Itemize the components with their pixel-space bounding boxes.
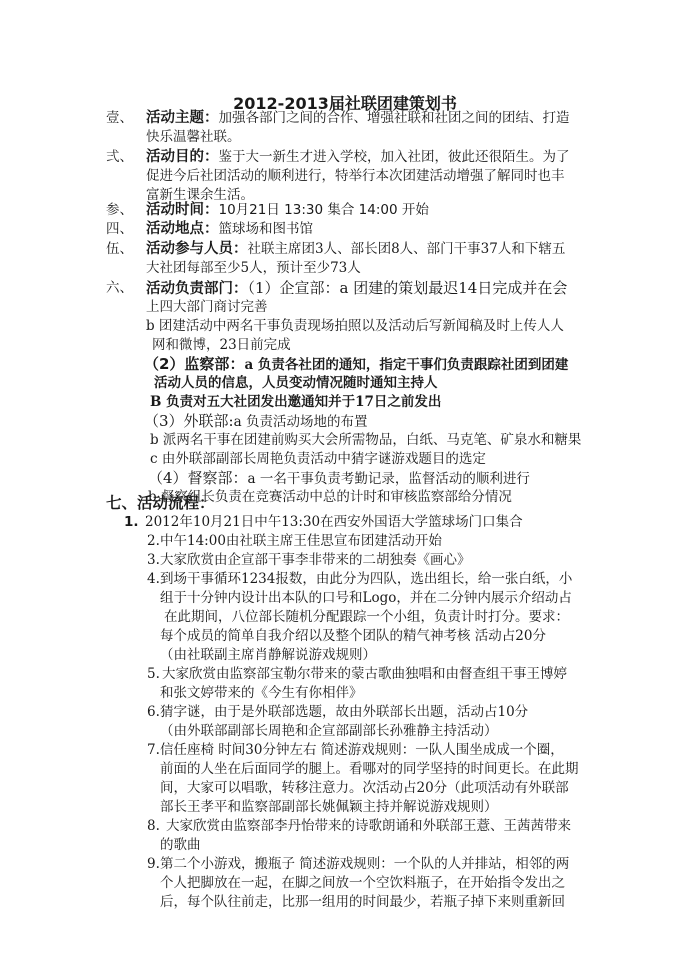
step-text: 组于十分钟内设计出本队的口号和Logo，并在二分钟内展示介绍动占 (160, 589, 572, 607)
step-text: 大家欣赏由企宣部干事李非带来的二胡独奏《画心》 (160, 551, 471, 569)
section-number: 伍、 (106, 240, 133, 258)
dept-jiancha-a-cont: 活动人员的信息，人员变动情况随时通知主持人 (154, 374, 438, 392)
section-text: 促进今后社团活动的顺利进行，特举行本次团建活动增强了解同时也丰 (146, 167, 565, 185)
dept-jiancha: （2）监察部：a 负责各社团的通知，指定干事们负责跟踪社团到团建 (144, 355, 568, 374)
step-text: 信任座椅 时间30分钟左右 简述游戏规则：一队人围坐成成一个圈， (160, 741, 564, 759)
section-location: 活动地点：篮球场和图书馆 (146, 220, 313, 238)
section-time: 活动时间：10月21日 13:30 集合 14:00 开始 (146, 201, 429, 219)
step-text: 大家欣赏由监察部宝勒尔带来的蒙古歌曲独唱和由督查组干事王博婷 (162, 665, 567, 683)
step-text: 中午14:00由社联主席王佳思宣布团建活动开始 (160, 532, 442, 550)
dept-wailian-a: a 负责活动场地的布置 (234, 414, 368, 430)
step-number: 5. (147, 665, 160, 683)
section-label: 活动目的： (146, 149, 219, 165)
section-text: 加强各部门之间的合作、增强社联和社团之间的团结、打造 (219, 110, 570, 126)
section-label: 活动时间： (146, 202, 219, 218)
dept-qixuan-b: b 团建活动中两名干事负责现场拍照以及活动后写新闻稿及时上传人人 (146, 317, 564, 335)
step-number: 7. (147, 741, 160, 759)
dept-ducha-label: （4）督察部： (148, 469, 248, 487)
step-number: 2. (147, 532, 160, 550)
section-text: 10月21日 13:30 集合 14:00 开始 (219, 202, 429, 218)
document-page: 2012-2013届社联团建策划书 壹、 活动主题：加强各部门之间的合作、增强社… (0, 0, 690, 976)
dept-qixuan-b-cont: 网和微博，23日前完成 (152, 336, 291, 354)
dept-wailian-c: c 由外联部副部长周艳负责活动中猜字谜游戏题目的选定 (150, 450, 486, 468)
section-number: 参、 (106, 201, 133, 219)
step-number: 8. (147, 817, 160, 835)
step-text: （由社联副主席肖静解说游戏规则） (160, 646, 376, 664)
dept-jiancha-label: （2）监察部： (144, 355, 244, 373)
dept-jiancha-a: a 负责各社团的通知，指定干事们负责跟踪社团到团建 (244, 357, 568, 373)
step-text: 第二个小游戏，搬瓶子 简述游戏规则：一个队的人并排站，相邻的两 (160, 855, 569, 873)
step-text: 前面的人坐在后面同学的腿上。看哪对的同学坚持的时间更长。在此期 (160, 760, 579, 778)
section-text: 鉴于大一新生才进入学校，加入社团，彼此还很陌生。为了 (219, 149, 570, 165)
dept-wailian-label: （3）外联部: (144, 412, 234, 430)
step-text: 大家欣赏由监察部李丹怡带来的诗歌朗诵和外联部王薏、王茜茜带来 (166, 817, 571, 835)
step-text: 和张文婷带来的《今生有你相伴》 (160, 684, 363, 702)
dept-ducha-a: a 一名干事负责考勤记录，监督活动的顺利进行 (248, 471, 530, 487)
step-text: 2012年10月21日中午13:30在西安外国语大学篮球场门口集合 (145, 513, 523, 531)
step-number: 9. (147, 855, 160, 873)
section-label: 活动主题： (146, 110, 219, 126)
step-number: 4. (147, 570, 160, 588)
step-text: 的歌曲 (160, 836, 201, 854)
section-text: 大社团每部至少5人，预计至少73人 (146, 259, 361, 277)
step-text: 个人把脚放在一起，在脚之间放一个空饮料瓶子，在开始指令发出之 (160, 874, 565, 892)
step-number: 1. (124, 513, 139, 531)
section-number: 六、 (106, 279, 133, 297)
step-number: 3. (147, 551, 160, 569)
section-text: 上四大部门商讨完善 (146, 298, 268, 316)
section-purpose: 活动目的：鉴于大一新生才进入学校，加入社团，彼此还很陌生。为了 (146, 148, 570, 166)
step-text: 部长王孝平和监察部副部长姚佩颖主持并解说游戏规则） (160, 798, 498, 816)
section-participants: 活动参与人员：社联主席团3人、部长团8人、部门干事37人和下辖五 (146, 240, 565, 258)
step-text: 在此期间，八位部长随机分配跟踪一个小组，负责计时打分。要求： (164, 608, 569, 626)
section-text: 快乐温馨社联。 (146, 128, 241, 146)
step-text: 后，每个队往前走，比那一组用的时间最少，若瓶子掉下来则重新回 (160, 893, 565, 911)
section-theme: 活动主题：加强各部门之间的合作、增强社联和社团之间的团结、打造 (146, 109, 570, 127)
step-text: （由外联部副部长周艳和企宣部副部长孙雅静主持活动） (160, 722, 498, 740)
section-label: 活动地点： (146, 221, 219, 237)
dept-ducha: （4）督察部：a 一名干事负责考勤记录，监督活动的顺利进行 (148, 469, 530, 488)
dept-wailian: （3）外联部:a 负责活动场地的布置 (144, 412, 367, 431)
section-text: （1）企宣部：a 团建的策划最迟14日完成并在会 (248, 279, 568, 297)
section-label: 活动负责部门： (146, 281, 248, 297)
step-text: 到场干事循环1234报数，由此分为四队，选出组长，给一张白纸，小 (160, 570, 572, 588)
section-text: 社联主席团3人、部长团8人、部门干事37人和下辖五 (248, 241, 566, 257)
step-number: 6. (147, 703, 160, 721)
step-text: 每个成员的简单自我介绍以及整个团队的精气神考核 活动占20分 (160, 627, 546, 645)
section-departments: 活动负责部门：（1）企宣部：a 团建的策划最迟14日完成并在会 (146, 279, 567, 298)
step-text: 猜字谜，由于是外联部选题，故由外联部长出题，活动占10分 (160, 703, 528, 721)
dept-wailian-b: b 派两名干事在团建前购买大会所需物品，白纸、马克笔、矿泉水和糖果 (150, 431, 581, 449)
section-label: 活动参与人员： (146, 241, 248, 257)
section-number: 四、 (106, 220, 133, 238)
process-heading: 七、活动流程： (106, 494, 215, 512)
dept-jiancha-b: B 负责对五大社团发出邀通知并于17日之前发出 (150, 393, 441, 411)
section-number: 壹、 (106, 109, 133, 127)
section-number: 弍、 (106, 148, 133, 166)
step-text: 间，大家可以唱歌，转移注意力。次活动占20分（此项活动有外联部 (160, 779, 569, 797)
section-text: 篮球场和图书馆 (219, 221, 314, 237)
